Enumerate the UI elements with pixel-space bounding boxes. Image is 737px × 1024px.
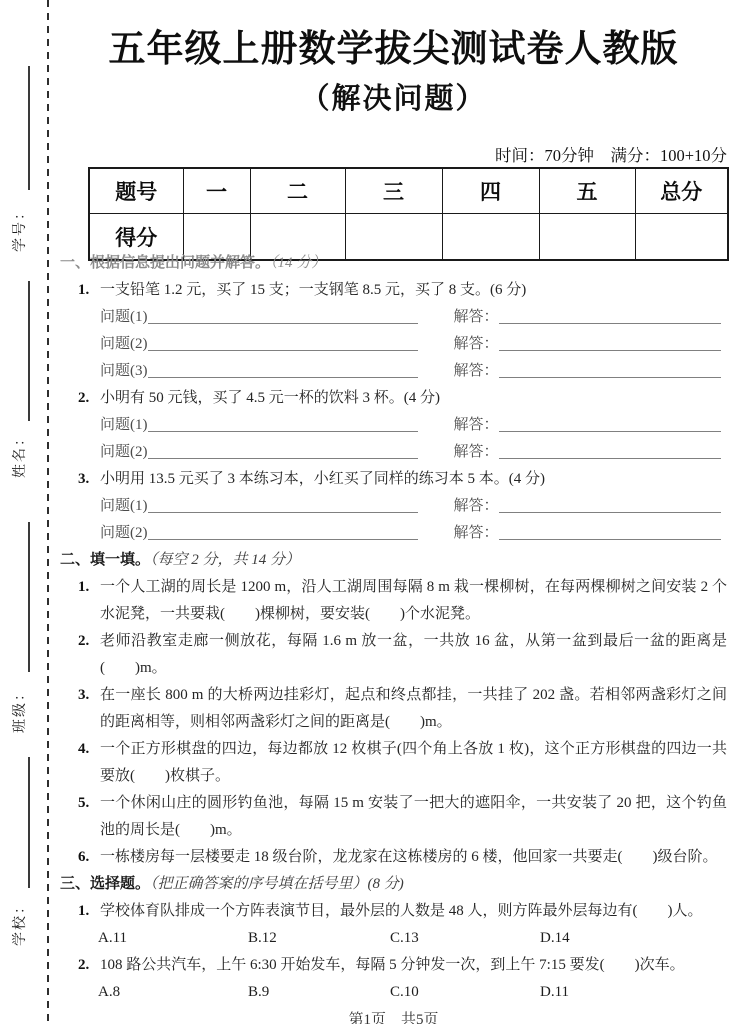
question-number: 1. <box>78 898 89 925</box>
section1-heading: 一、根据信息提出问题并解答。（14 分） <box>60 250 727 277</box>
score-table-header-cell: 题号 <box>89 168 183 214</box>
section3-heading-text: 三、选择题。 <box>60 876 150 892</box>
score-table-header-cell: 一 <box>183 168 250 214</box>
option-c: C.13 <box>390 925 419 952</box>
answer-label: 解答： <box>454 525 499 541</box>
question-number: 2. <box>78 952 89 979</box>
class-label: 班级： <box>9 685 29 733</box>
question-text: 学校体育队排成一个方阵表演节目，最外层的人数是 48 人，则方阵最外层每边有( … <box>100 903 703 919</box>
answer-blank-line <box>499 498 721 513</box>
answer-label: 解答： <box>454 444 499 460</box>
section2-heading-text: 二、填一填。 <box>60 552 150 568</box>
section1-heading-text: 一、根据信息提出问题并解答。 <box>60 255 270 271</box>
name-blank-line <box>28 281 30 421</box>
option-c: C.10 <box>390 979 419 1006</box>
answer-row: 问题(1)解答： <box>100 304 727 331</box>
problem-1-2: 2. 小明有 50 元钱，买了 4.5 元一杯的饮料 3 杯。(4 分) <box>100 385 727 412</box>
test-paper-page: 学号： 姓名： 班级： 学校： 五年级上册数学拔尖测试卷人教版 （解决问题） 时… <box>0 0 737 1024</box>
problem-number: 2. <box>78 385 89 412</box>
fill-item-3: 3. 在一座长 800 m 的大桥两边挂彩灯，起点和终点都挂，一共挂了 202 … <box>100 682 727 736</box>
item-number: 2. <box>78 628 89 655</box>
problem-text: 一支铅笔 1.2 元，买了 15 支；一支钢笔 8.5 元，买了 8 支。(6 … <box>100 282 526 298</box>
problem-number: 1. <box>78 277 89 304</box>
score-table: 题号 一 二 三 四 五 总分 得分 <box>88 167 729 261</box>
item-text: 一栋楼房每一层楼要走 18 级台阶，龙龙家在这栋楼房的 6 楼，他回家一共要走(… <box>100 849 718 865</box>
choice-question-2: 2. 108 路公共汽车，上午 6:30 开始发车，每隔 5 分钟发一次，到上午… <box>100 952 727 979</box>
fill-item-6: 6. 一栋楼房每一层楼要走 18 级台阶，龙龙家在这栋楼房的 6 楼，他回家一共… <box>100 844 727 871</box>
fold-dashed-line <box>47 0 49 1024</box>
problem-number: 3. <box>78 466 89 493</box>
question-blank-line <box>148 363 418 378</box>
answer-blank-line <box>499 363 721 378</box>
options-row: A.11 B.12 C.13 D.14 <box>60 925 727 952</box>
fill-item-2: 2. 老师沿教室走廊一侧放花，每隔 1.6 m 放一盆，一共放 16 盆，从第一… <box>100 628 727 682</box>
answer-row: 问题(2)解答： <box>100 520 727 547</box>
choice-question-1: 1. 学校体育队排成一个方阵表演节目，最外层的人数是 48 人，则方阵最外层每边… <box>100 898 727 925</box>
fill-item-1: 1. 一个人工湖的周长是 1200 m，沿人工湖周围每隔 8 m 栽一棵柳树，在… <box>100 574 727 628</box>
section3-points-note: （把正确答案的序号填在括号里）(8 分) <box>150 876 404 892</box>
item-text: 一个人工湖的周长是 1200 m，沿人工湖周围每隔 8 m 栽一棵柳树，在每两棵… <box>100 579 727 622</box>
score-table-header-cell: 五 <box>539 168 635 214</box>
item-number: 4. <box>78 736 89 763</box>
problem-text: 小明有 50 元钱，买了 4.5 元一杯的饮料 3 杯。(4 分) <box>100 390 440 406</box>
problem-1-3: 3. 小明用 13.5 元买了 3 本练习本，小红买了同样的练习本 5 本。(4… <box>100 466 727 493</box>
item-text: 一个正方形棋盘的四边，每边都放 12 枚棋子(四个角上各放 1 枚)，这个正方形… <box>100 741 727 784</box>
answer-blank-line <box>499 525 721 540</box>
problem-1-1: 1. 一支铅笔 1.2 元，买了 15 支；一支钢笔 8.5 元，买了 8 支。… <box>100 277 727 304</box>
student-id-blank-line <box>28 66 30 190</box>
problem-text: 小明用 13.5 元买了 3 本练习本，小红买了同样的练习本 5 本。(4 分) <box>100 471 545 487</box>
answer-row: 问题(1)解答： <box>100 412 727 439</box>
answer-label: 解答： <box>454 498 499 514</box>
page-title: 五年级上册数学拔尖测试卷人教版 <box>60 18 727 72</box>
question-text: 108 路公共汽车，上午 6:30 开始发车，每隔 5 分钟发一次，到上午 7:… <box>100 957 685 973</box>
option-b: B.12 <box>248 925 277 952</box>
question-blank-label: 问题(1) <box>100 498 148 514</box>
option-a: A.8 <box>98 979 120 1006</box>
option-b: B.9 <box>248 979 269 1006</box>
option-a: A.11 <box>98 925 127 952</box>
name-label: 姓名： <box>9 430 29 478</box>
answer-row: 问题(3)解答： <box>100 358 727 385</box>
option-d: D.14 <box>540 925 570 952</box>
student-id-label: 学号： <box>9 204 29 252</box>
answer-blank-line <box>499 444 721 459</box>
question-blank-line <box>148 444 418 459</box>
answer-label: 解答： <box>454 363 499 379</box>
answer-label: 解答： <box>454 309 499 325</box>
fill-item-4: 4. 一个正方形棋盘的四边，每边都放 12 枚棋子(四个角上各放 1 枚)，这个… <box>100 736 727 790</box>
score-table-header-cell: 三 <box>345 168 442 214</box>
options-row: A.8 B.9 C.10 D.11 <box>60 979 727 1006</box>
answer-row: 问题(2)解答： <box>100 439 727 466</box>
score-table-header-cell: 总分 <box>635 168 728 214</box>
score-table-header-cell: 二 <box>250 168 345 214</box>
answer-label: 解答： <box>454 417 499 433</box>
section2-heading: 二、填一填。（每空 2 分，共 14 分） <box>60 547 727 574</box>
answer-row: 问题(1)解答： <box>100 493 727 520</box>
question-blank-line <box>148 336 418 351</box>
question-blank-label: 问题(1) <box>100 417 148 433</box>
answer-row: 问题(2)解答： <box>100 331 727 358</box>
item-number: 1. <box>78 574 89 601</box>
question-blank-label: 问题(2) <box>100 336 148 352</box>
section2-points-note: （每空 2 分，共 14 分） <box>150 552 300 568</box>
answer-blank-line <box>499 417 721 432</box>
option-d: D.11 <box>540 979 569 1006</box>
class-blank-line <box>28 522 30 672</box>
paper-body: 一、根据信息提出问题并解答。（14 分） 1. 一支铅笔 1.2 元，买了 15… <box>60 250 727 1006</box>
section1-points-note: （14 分） <box>270 255 326 271</box>
answer-label: 解答： <box>454 336 499 352</box>
score-table-header-cell: 四 <box>442 168 539 214</box>
item-text: 一个休闲山庄的圆形钓鱼池，每隔 15 m 安装了一把大的遮阳伞，一共安装了 20… <box>100 795 727 838</box>
question-blank-line <box>148 498 418 513</box>
question-blank-line <box>148 309 418 324</box>
question-blank-line <box>148 525 418 540</box>
question-blank-line <box>148 417 418 432</box>
answer-blank-line <box>499 336 721 351</box>
answer-blank-line <box>499 309 721 324</box>
exam-meta: 时间：70分钟 满分：100+10分 <box>495 142 727 166</box>
fill-item-5: 5. 一个休闲山庄的圆形钓鱼池，每隔 15 m 安装了一把大的遮阳伞，一共安装了… <box>100 790 727 844</box>
item-number: 3. <box>78 682 89 709</box>
question-blank-label: 问题(2) <box>100 525 148 541</box>
question-blank-label: 问题(3) <box>100 363 148 379</box>
section3-heading: 三、选择题。（把正确答案的序号填在括号里）(8 分) <box>60 871 727 898</box>
page-number-footer: 第1页 共5页 <box>60 1008 727 1024</box>
item-text: 老师沿教室走廊一侧放花，每隔 1.6 m 放一盆，一共放 16 盆，从第一盆到最… <box>100 633 727 676</box>
question-blank-label: 问题(2) <box>100 444 148 460</box>
school-label: 学校： <box>9 898 29 946</box>
school-blank-line <box>28 757 30 888</box>
item-number: 5. <box>78 790 89 817</box>
page-subtitle: （解决问题） <box>60 76 727 117</box>
item-text: 在一座长 800 m 的大桥两边挂彩灯，起点和终点都挂，一共挂了 202 盏。若… <box>100 687 727 730</box>
item-number: 6. <box>78 844 89 871</box>
question-blank-label: 问题(1) <box>100 309 148 325</box>
score-table-header-row: 题号 一 二 三 四 五 总分 <box>89 168 728 214</box>
